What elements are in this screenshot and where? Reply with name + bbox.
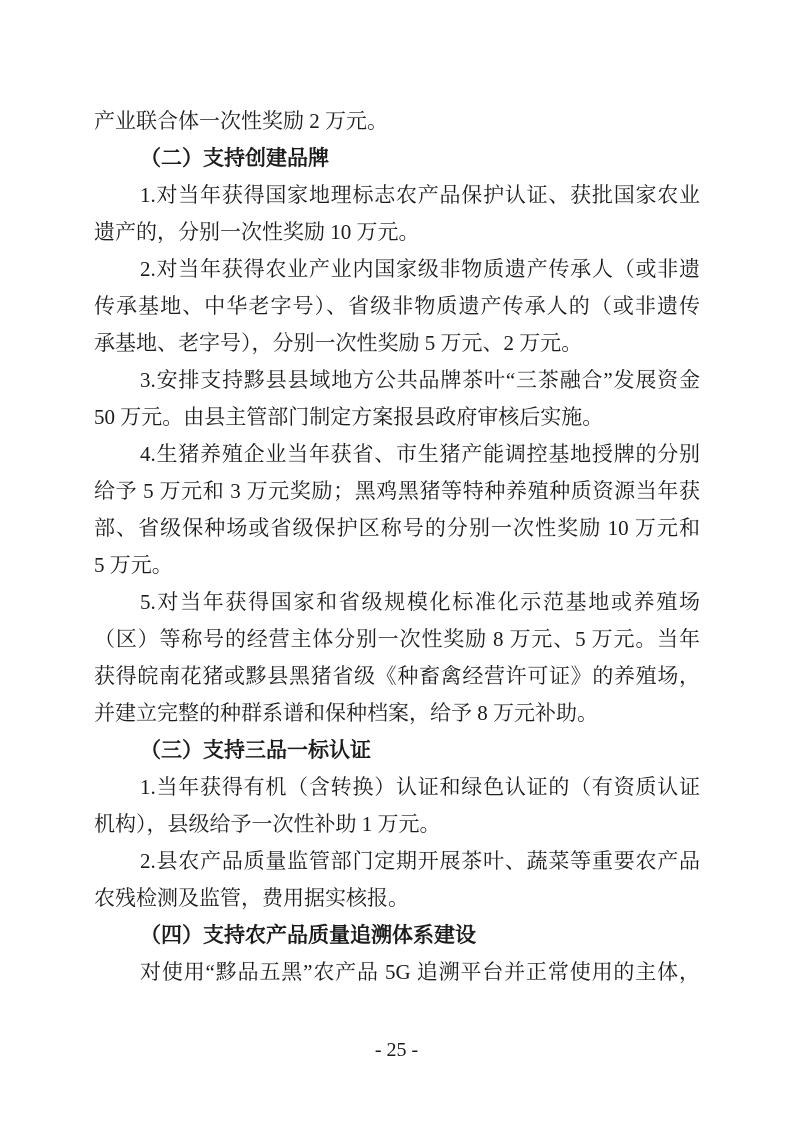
text-line: 3.安排支持黟县县域地方公共品牌茶叶“三茶融合”发展资金: [94, 362, 700, 399]
document-page: 产业联合体一次性奖励 2 万元。 （二）支持创建品牌 1.对当年获得国家地理标志…: [0, 0, 793, 1122]
document-body: 产业联合体一次性奖励 2 万元。 （二）支持创建品牌 1.对当年获得国家地理标志…: [94, 103, 700, 991]
text-line: 5 万元。: [94, 547, 700, 584]
section-heading: （四）支持农产品质量追溯体系建设: [94, 917, 700, 954]
section-heading: （二）支持创建品牌: [94, 140, 700, 177]
text-line: 2.对当年获得农业产业内国家级非物质遗产传承人（或非遗: [94, 251, 700, 288]
text-line: 遗产的，分别一次性奖励 10 万元。: [94, 214, 700, 251]
text-line: 50 万元。由县主管部门制定方案报县政府审核后实施。: [94, 399, 700, 436]
page-number: - 25 -: [0, 1036, 793, 1064]
text-line: 给予 5 万元和 3 万元奖励；黑鸡黑猪等特种养殖种质资源当年获: [94, 473, 700, 510]
text-line: （区）等称号的经营主体分别一次性奖励 8 万元、5 万元。当年: [94, 621, 700, 658]
text-line: 并建立完整的种群系谱和保种档案，给予 8 万元补助。: [94, 695, 700, 732]
text-line: 承基地、老字号），分别一次性奖励 5 万元、2 万元。: [94, 325, 700, 362]
text-line: 2.县农产品质量监管部门定期开展茶叶、蔬菜等重要农产品: [94, 843, 700, 880]
text-line: 1.当年获得有机（含转换）认证和绿色认证的（有资质认证: [94, 769, 700, 806]
text-line: 获得皖南花猪或黟县黑猪省级《种畜禽经营许可证》的养殖场，: [94, 658, 700, 695]
text-line: 5.对当年获得国家和省级规模化标准化示范基地或养殖场: [94, 584, 700, 621]
text-line: 机构），县级给予一次性补助 1 万元。: [94, 806, 700, 843]
text-line: 部、省级保种场或省级保护区称号的分别一次性奖励 10 万元和: [94, 510, 700, 547]
text-line: 4.生猪养殖企业当年获省、市生猪产能调控基地授牌的分别: [94, 436, 700, 473]
text-line: 1.对当年获得国家地理标志农产品保护认证、获批国家农业: [94, 177, 700, 214]
section-heading: （三）支持三品一标认证: [94, 732, 700, 769]
text-line: 农残检测及监管，费用据实核报。: [94, 880, 700, 917]
text-line: 对使用“黟品五黑”农产品 5G 追溯平台并正常使用的主体，: [94, 954, 700, 991]
text-line: 产业联合体一次性奖励 2 万元。: [94, 103, 700, 140]
text-line: 传承基地、中华老字号）、省级非物质遗产传承人的（或非遗传: [94, 288, 700, 325]
